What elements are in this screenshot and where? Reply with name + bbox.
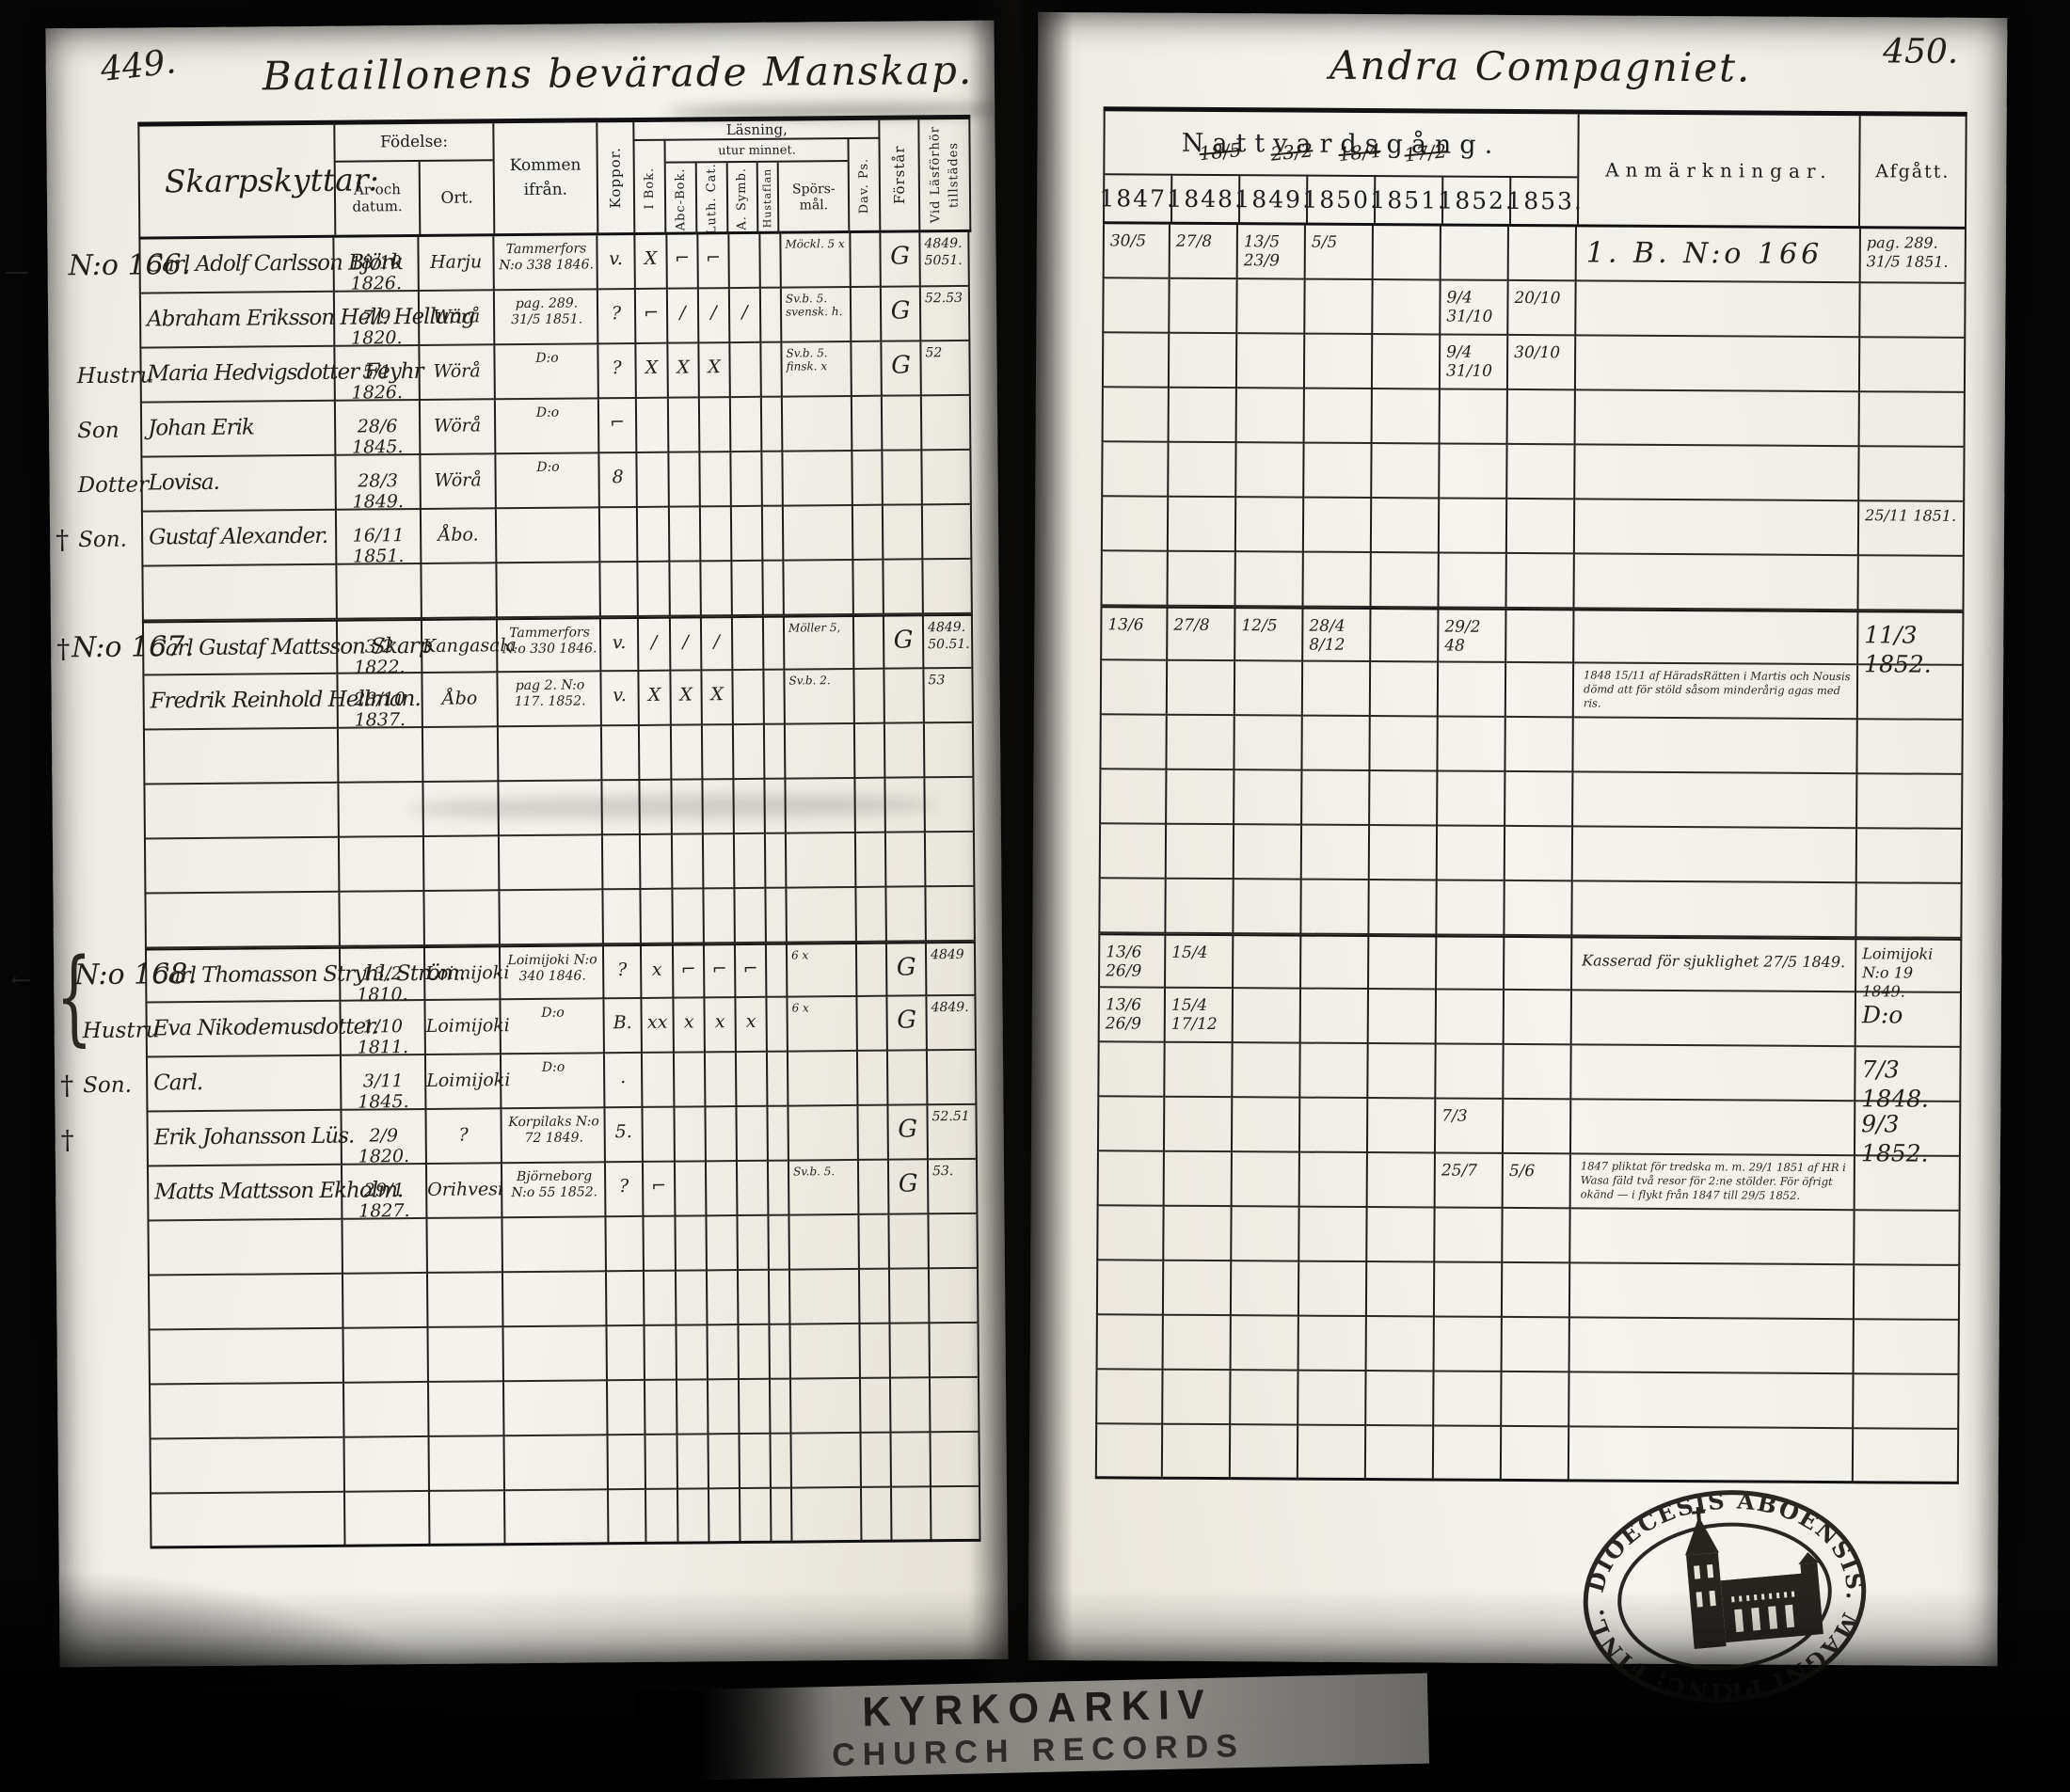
cell-communion-1852 — [1441, 226, 1509, 280]
cell-reading-mark — [643, 1054, 676, 1108]
cell-communion-1851 — [1371, 608, 1439, 662]
cell-come-from — [499, 726, 603, 782]
cell-birthplace — [430, 1491, 506, 1546]
cell-reading-mark — [637, 453, 670, 508]
cell-reading-mark — [701, 562, 733, 616]
cell-reading-mark — [677, 1271, 709, 1325]
cell-reading-mark — [771, 1380, 792, 1435]
cell-communion-1852 — [1438, 826, 1505, 880]
cell-reading-mark — [735, 889, 767, 944]
cell-come-from: D:o — [496, 453, 600, 509]
cell-communion-1851 — [1374, 226, 1441, 280]
header-nattvardsgang-group: Nattvardsgång. 18/5 23/2 18/4 17/2 1847.… — [1105, 111, 1580, 224]
cell-reading-mark — [670, 562, 702, 616]
cell-dav-ps — [856, 888, 887, 943]
cell-forstar: G — [888, 1105, 929, 1160]
archive-label: KYRKOARKIV CHURCH RECORDS — [646, 1673, 1429, 1782]
cell-come-from — [503, 1272, 608, 1327]
cell-reading-mark — [672, 725, 704, 780]
table-row: †Erik Johansson Lüs.2/9 1820.?Korpilaks … — [55, 1105, 1003, 1168]
table-row: 13/627/812/528/4 8/1229/2 4811/3 1852. — [1100, 606, 2003, 666]
cell-sporsmal: Sv.b. 5. finsk. x — [782, 342, 852, 398]
cell-forstar — [885, 778, 926, 833]
header-utur-minnet-group: utur minnet. Abc-Bok. Luth. Cat. A. Symb… — [666, 139, 851, 235]
cell-sporsmal — [791, 1379, 862, 1435]
cell-sporsmal — [787, 833, 857, 889]
cell-birthdate — [344, 1383, 430, 1438]
row-margin — [50, 567, 142, 623]
cell-come-from: pag. 289. 31/5 1851. — [495, 290, 599, 345]
cell-name: Johan Erik — [140, 402, 336, 458]
cell-communion-1850 — [1302, 717, 1370, 771]
cell-come-from — [497, 508, 601, 563]
cell-birthplace: Kangasala — [422, 618, 499, 674]
cell-vid-lasforhor — [925, 723, 975, 778]
cell-forstar: G — [882, 341, 922, 396]
cell-birthdate — [342, 1219, 428, 1275]
page-right: 450. Andra Compagniet. Nattvardsgång. 18… — [1028, 12, 2008, 1666]
cell-sporsmal — [786, 779, 856, 834]
cell-reading-mark — [764, 671, 786, 725]
cell-forstar: G — [889, 1160, 930, 1214]
cell-communion-1848 — [1169, 498, 1236, 552]
cell-remark — [1575, 500, 1859, 556]
cell-communion-1850 — [1302, 826, 1370, 880]
cell-dav-ps — [859, 1215, 890, 1270]
cell-communion-1849 — [1236, 498, 1304, 552]
cell-departed — [1860, 392, 1966, 448]
row-margin — [53, 840, 145, 896]
cell-vid-lasforhor — [925, 778, 975, 833]
cell-vid-lasforhor — [930, 1269, 979, 1324]
header-i-bok-label: I Bok. — [641, 167, 660, 209]
cell-communion-1848 — [1164, 1316, 1232, 1371]
cell-koppor: ? — [604, 944, 643, 999]
table-row: SonJohan Erik28/6 1845.WöråD:o⌐ — [49, 396, 997, 459]
table-row — [1096, 1315, 1999, 1375]
cell-reading-mark — [709, 1489, 741, 1544]
cell-communion-1850 — [1300, 1153, 1368, 1208]
cell-birthplace — [422, 563, 498, 619]
header-vid-lasforhor-label: Vid Läsförhör tillstädes — [926, 119, 963, 230]
cell-reading-mark: X — [671, 671, 703, 725]
archive-label-line1: KYRKOARKIV — [862, 1680, 1213, 1736]
table-row — [58, 1433, 1007, 1496]
cell-communion-1851 — [1372, 444, 1440, 499]
cell-reading-mark: X — [699, 343, 731, 398]
cell-dav-ps — [855, 724, 886, 779]
cell-reading-mark — [706, 1107, 738, 1162]
row-margin — [58, 1495, 151, 1550]
muster-roll-header: Skarpskyttar: Födelse: År och datum. Ort… — [137, 115, 971, 240]
cell-dav-ps — [859, 1161, 890, 1215]
cell-departed — [1860, 283, 1966, 339]
cell-name — [148, 1275, 343, 1331]
cell-reading-mark — [769, 1216, 790, 1271]
header-forstar-label: Förstår — [889, 146, 911, 205]
page-left: 449. Bataillonens bevärade Manskap. Skar… — [45, 21, 1008, 1668]
cell-name: Carl Adolf Carlsson Björk — [138, 238, 334, 294]
cell-reading-mark: / — [702, 616, 734, 671]
cell-reading-mark — [733, 616, 765, 671]
cell-reading-mark — [678, 1489, 710, 1544]
cell-reading-mark — [769, 1162, 790, 1216]
cell-communion-1851 — [1373, 280, 1441, 335]
cell-birthdate — [345, 1437, 431, 1493]
cell-departed: 7/3 1848. — [1855, 1047, 1961, 1102]
table-row: Fredrik Reinhold Hellman.28/10 1837.Åbop… — [51, 669, 999, 732]
cell-vid-lasforhor — [922, 396, 972, 451]
cell-communion-1852 — [1439, 553, 1506, 608]
header-sporsmal: Spörs- mål. — [779, 162, 849, 234]
cross-deceased-mark: † — [56, 524, 69, 555]
cell-reading-mark — [701, 507, 733, 562]
cell-birthplace: Åbo — [422, 673, 499, 728]
cell-communion-1853 — [1506, 609, 1574, 663]
cell-reading-mark — [645, 1381, 678, 1435]
cell-communion-1849 — [1231, 1425, 1298, 1480]
cell-communion-1852 — [1440, 444, 1507, 499]
cell-reading-mark: X — [636, 344, 669, 399]
cell-koppor — [608, 1435, 646, 1490]
page-number-right: 450. — [1883, 32, 1958, 71]
cell-forstar — [886, 887, 927, 942]
cell-reading-mark: ⌐ — [736, 944, 768, 998]
cell-name: Eva Nikodemusdotter. — [145, 1002, 341, 1058]
cell-communion-1853 — [1505, 936, 1572, 991]
row-margin: †N:o 167. — [51, 622, 143, 677]
table-row — [1099, 824, 2002, 884]
cell-reading-mark — [739, 1325, 771, 1380]
cell-birthdate — [345, 1492, 431, 1547]
cell-come-from — [500, 835, 604, 891]
cell-reading-mark — [732, 562, 764, 616]
table-row: —N:o 166.Carl Adolf Carlsson Björk18/10 … — [47, 232, 995, 295]
cell-communion-1848 — [1165, 1152, 1233, 1207]
cell-communion-1853 — [1504, 1100, 1571, 1154]
cell-communion-1851 — [1370, 717, 1438, 771]
cell-reading-mark — [640, 781, 673, 835]
cell-reading-mark — [770, 1325, 791, 1380]
cell-birthplace — [427, 1218, 503, 1274]
cell-birthdate: 28/6 1845. — [336, 401, 422, 456]
table-row: 25/75/61847 pliktat för tredska m. m. 29… — [1097, 1151, 2000, 1212]
cell-communion-1848 — [1170, 334, 1237, 389]
cell-departed: 11/3 1852. — [1858, 611, 1964, 666]
header-hustaflan: Hustaflan — [758, 163, 779, 234]
cell-vid-lasforhor: 4849. — [927, 996, 977, 1051]
cell-reading-mark: x — [705, 998, 737, 1053]
cell-reading-mark — [700, 452, 732, 507]
margin-dash-mark: — — [5, 258, 29, 286]
cell-sporsmal — [790, 1324, 861, 1380]
cell-birthdate: 2/9 1820. — [342, 1110, 427, 1166]
cell-reading-mark — [707, 1162, 739, 1216]
cell-reading-mark — [673, 889, 705, 944]
cell-communion-1848: 27/8 — [1170, 225, 1238, 279]
cell-remark: Kasserad för sjuklighet 27/5 1849. — [1572, 936, 1856, 992]
cell-departed: 9/3 1852. — [1855, 1102, 1961, 1157]
cell-dav-ps — [853, 506, 884, 561]
cell-forstar — [889, 1214, 930, 1269]
cell-birthplace: Loimijoki — [425, 945, 502, 1001]
cell-dav-ps — [856, 833, 887, 888]
header-years: 1847. 1848. 1849. 1850. 1851. 1852. 1853… — [1105, 175, 1577, 224]
cell-communion-1849 — [1237, 279, 1305, 334]
cell-forstar: G — [887, 996, 928, 1051]
cell-remark — [1571, 1100, 1855, 1156]
cell-communion-1848 — [1167, 716, 1234, 770]
header-i-bok: I Bok. — [635, 141, 667, 235]
cell-forstar — [884, 505, 924, 560]
cell-koppor — [602, 781, 641, 835]
cell-communion-1851 — [1368, 1044, 1436, 1099]
cell-reading-mark — [766, 834, 788, 889]
header-vid-lasforhor: Vid Läsförhör tillstädes — [920, 119, 970, 230]
cell-communion-1848: 27/8 — [1168, 607, 1235, 661]
cell-reading-mark — [645, 1435, 678, 1490]
cell-reading-mark — [760, 234, 782, 289]
cell-departed — [1857, 720, 1963, 775]
row-margin: Dotter — [49, 458, 141, 514]
cell-reading-mark — [700, 398, 732, 452]
cell-communion-1849 — [1232, 1261, 1299, 1316]
header-year-1853: 1853. — [1511, 178, 1579, 224]
cell-vid-lasforhor: 52.53 — [921, 287, 971, 341]
cell-communion-1850 — [1305, 389, 1373, 444]
cell-communion-1849 — [1233, 1043, 1300, 1098]
cell-reading-mark — [673, 834, 705, 889]
cell-reading-mark — [670, 507, 702, 562]
cell-reading-mark: / — [639, 617, 672, 672]
cell-departed — [1857, 829, 1963, 884]
cell-reading-mark — [762, 452, 784, 507]
cell-sporsmal — [787, 888, 857, 944]
cell-vid-lasforhor — [926, 833, 976, 887]
cell-reading-mark — [731, 452, 763, 507]
cell-remark: 1847 pliktat för tredska m. m. 29/1 1851… — [1571, 1154, 1855, 1211]
cell-sporsmal: Möller 5, — [785, 615, 855, 671]
cell-reading-mark — [739, 1271, 771, 1325]
cell-departed: D:o — [1856, 992, 1962, 1048]
header-forstar: Förstår — [881, 119, 921, 230]
cell-departed — [1855, 1320, 1960, 1375]
cell-birthplace — [428, 1273, 504, 1328]
cell-communion-1852 — [1438, 771, 1505, 826]
book-scan: 449. Bataillonens bevärade Manskap. Skar… — [0, 0, 2070, 1792]
cell-forstar — [883, 451, 923, 505]
cell-reading-mark: x — [642, 944, 675, 999]
cell-birthplace: Loimijoki — [425, 1000, 502, 1055]
cell-reading-mark — [763, 507, 785, 562]
cell-remark — [1575, 445, 1859, 501]
cell-koppor: 5. — [605, 1108, 644, 1163]
cell-communion-1847 — [1099, 715, 1167, 769]
cell-remark — [1573, 827, 1857, 883]
cell-come-from: Loimijoki N:o 340 1846. — [501, 944, 605, 1000]
cell-koppor: B. — [604, 999, 643, 1054]
table-row — [56, 1269, 1005, 1332]
cell-birthplace — [424, 836, 501, 892]
cell-communion-1847 — [1100, 660, 1168, 715]
cell-communion-1849: 12/5 — [1235, 607, 1303, 661]
cell-vid-lasforhor: 52 — [921, 341, 971, 396]
header-lasning: Läsning, — [635, 120, 879, 141]
cell-communion-1847 — [1097, 1151, 1165, 1206]
header-fodelse: Födelse: — [335, 123, 493, 162]
cell-birthplace: Loimijoki — [426, 1055, 502, 1110]
cell-come-from: D:o — [496, 399, 600, 454]
cell-forstar — [884, 669, 925, 723]
cell-reading-mark — [708, 1271, 740, 1325]
cell-departed — [1854, 1374, 1959, 1430]
row-margin: Son — [49, 404, 141, 459]
cell-vid-lasforhor: 4849. 50.51. — [924, 614, 974, 669]
cell-reading-mark: / — [730, 289, 762, 343]
cell-communion-1850 — [1304, 444, 1372, 499]
row-margin — [48, 294, 140, 350]
cell-birthdate: 7/9 1820. — [335, 292, 421, 347]
cell-communion-1851 — [1368, 1153, 1436, 1208]
cell-communion-1848 — [1163, 1425, 1231, 1480]
cell-vid-lasforhor — [923, 560, 973, 614]
cell-reading-mark: ⌐ — [644, 1163, 677, 1217]
cell-communion-1853: 30/10 — [1508, 336, 1576, 390]
cell-come-from: Tammerfors N:o 330 1846. — [498, 617, 602, 673]
cell-communion-1847 — [1098, 879, 1166, 933]
cell-birthdate — [339, 783, 424, 838]
cell-forstar: G — [881, 232, 921, 287]
cell-dav-ps — [854, 670, 885, 724]
cell-communion-1850 — [1303, 662, 1371, 717]
cell-departed — [1857, 774, 1963, 830]
cell-communion-1848 — [1167, 825, 1234, 880]
relation-label: Son. — [78, 528, 127, 552]
cell-communion-1851 — [1366, 1372, 1434, 1426]
cell-forstar — [890, 1269, 931, 1324]
cell-birthdate — [340, 892, 425, 947]
cell-koppor — [608, 1381, 646, 1435]
cell-forstar — [886, 833, 927, 887]
cell-communion-1847: 13/6 — [1100, 606, 1168, 660]
cell-come-from: pag 2. N:o 117. 1852. — [498, 672, 602, 727]
cell-dav-ps — [858, 1106, 889, 1161]
cell-communion-1852: 9/4 31/10 — [1441, 280, 1508, 335]
cell-birthdate: 3/11 1845. — [342, 1055, 427, 1111]
table-row: Matts Mattsson Ekholm.29/1 1827.Orihvesi… — [56, 1160, 1004, 1223]
cell-forstar — [888, 1051, 929, 1105]
cell-dav-ps — [854, 615, 885, 670]
cell-reading-mark — [709, 1380, 740, 1435]
table-row: 25/11 1851. — [1101, 497, 2004, 557]
cell-birthplace — [423, 782, 500, 837]
cell-koppor — [602, 726, 641, 781]
cross-deceased-mark: † — [56, 633, 70, 664]
cell-reading-mark — [772, 1489, 793, 1544]
cell-communion-1852 — [1434, 1426, 1502, 1481]
cell-dav-ps — [861, 1434, 892, 1488]
cell-reading-mark — [732, 507, 764, 562]
cell-come-from: Tammerfors N:o 338 1846. — [494, 235, 598, 291]
header-afgatt: Afgått. — [1860, 116, 1966, 227]
cell-remark — [1570, 1209, 1855, 1265]
cell-dav-ps — [852, 397, 884, 452]
header-koppor: Koppor. — [597, 122, 636, 232]
cell-reading-mark: ⌐ — [698, 234, 730, 289]
cell-departed — [1858, 665, 1964, 721]
row-margin — [57, 1386, 150, 1441]
cell-departed: Loimijoki N:o 19 1849. — [1856, 938, 1962, 993]
cell-name: Matts Mattsson Ekholm. — [147, 1166, 342, 1222]
cell-name — [150, 1438, 345, 1495]
cell-koppor: . — [605, 1054, 644, 1108]
cell-reading-mark — [707, 1216, 739, 1271]
cell-remark — [1576, 390, 1860, 447]
table-row — [1102, 388, 2005, 448]
cell-reading-mark — [669, 398, 701, 452]
cell-communion-1852: 25/7 — [1436, 1153, 1504, 1208]
cell-remark — [1572, 991, 1856, 1047]
cell-communion-1852 — [1435, 1317, 1503, 1372]
cell-forstar — [891, 1433, 931, 1487]
margin-dash-mark: ← — [10, 967, 31, 995]
cell-remark — [1572, 881, 1856, 938]
cell-communion-1851 — [1369, 935, 1437, 990]
cell-reading-mark — [730, 343, 762, 398]
cell-name — [149, 1329, 344, 1386]
cell-reading-mark: x — [674, 998, 706, 1053]
cell-departed — [1859, 447, 1965, 502]
cell-vid-lasforhor — [930, 1324, 979, 1378]
cell-departed — [1855, 1156, 1961, 1212]
cell-come-from — [502, 1217, 607, 1273]
cell-communion-1849 — [1232, 1316, 1299, 1371]
cell-vid-lasforhor — [931, 1378, 980, 1433]
cell-name — [143, 729, 339, 785]
cell-birthdate: 28/10 1837. — [338, 674, 423, 729]
cell-reading-mark: X — [635, 235, 668, 290]
cell-reading-mark — [706, 1053, 738, 1107]
cell-communion-1850: 5/5 — [1306, 226, 1374, 280]
cell-communion-1853 — [1503, 1318, 1570, 1372]
row-margin — [51, 676, 143, 732]
cell-reading-mark — [768, 1107, 789, 1162]
cell-koppor: ? — [606, 1163, 645, 1217]
table-row — [1095, 1370, 1998, 1430]
header-ort: Ort. — [421, 161, 494, 234]
cell-reading-mark — [770, 1271, 791, 1325]
cell-communion-1848 — [1163, 1371, 1231, 1425]
relation-label: Dotter — [78, 472, 150, 498]
header-year-1849: 1849. — [1240, 176, 1308, 222]
cell-reading-mark — [641, 890, 674, 944]
row-margin: Hustru — [48, 349, 140, 404]
cell-reading-mark: / — [671, 616, 703, 671]
cell-dav-ps — [853, 561, 884, 615]
table-row — [1098, 879, 2001, 939]
cell-communion-1850 — [1304, 499, 1372, 553]
cell-reading-mark — [767, 998, 788, 1053]
cell-communion-1853 — [1505, 827, 1573, 881]
cell-communion-1852 — [1438, 717, 1505, 771]
cell-communion-1853 — [1507, 500, 1575, 554]
cell-vid-lasforhor: 4849 — [927, 942, 977, 996]
cell-communion-1853 — [1506, 663, 1574, 718]
cell-communion-1850 — [1300, 1044, 1368, 1099]
table-row: DotterLovisa.28/3 1849.WöråD:o8 — [49, 451, 997, 514]
cell-reading-mark — [767, 944, 788, 998]
cell-communion-1849 — [1234, 934, 1301, 989]
